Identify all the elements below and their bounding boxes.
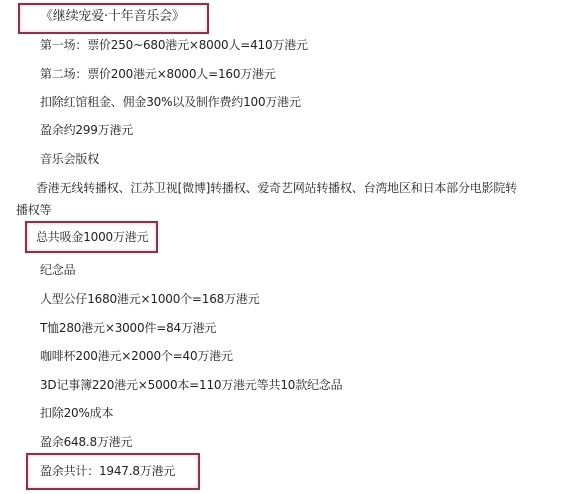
text-line: T恤280港元×3000件=84万港元	[40, 320, 216, 336]
document-title: 《继续宠爱·十年音乐会》	[40, 9, 185, 25]
text-line: 纪念品	[40, 262, 75, 278]
text-line: 音乐会版权	[40, 151, 99, 167]
text-line-grand-total: 盈余共计：1947.8万港元	[40, 463, 175, 479]
text-line-total-earnings: 总共吸金1000万港元	[36, 229, 148, 245]
text-line: 咖啡杯200港元×2000个=40万港元	[40, 348, 233, 364]
text-line: 香港无线转播权、江苏卫视[微博]转播权、爱奇艺网站转播权、台湾地区和日本部分电影…	[36, 180, 517, 196]
text-line: 第一场：票价250~680港元×8000人=410万港元	[40, 37, 308, 53]
text-line: 第二场：票价200港元×8000人=160万港元	[40, 66, 276, 82]
text-line: 盈余约299万港元	[40, 122, 133, 138]
text-line: 扣除20%成本	[40, 405, 113, 421]
text-line: 盈余648.8万港元	[40, 434, 132, 450]
text-line: 人型公仔1680港元×1000个=168万港元	[40, 291, 260, 307]
text-line: 播权等	[16, 202, 51, 218]
text-line: 扣除红馆租金、佣金30%以及制作费约100万港元	[40, 94, 301, 110]
text-line: 3D记事簿220港元×5000本=110万港元等共10款纪念品	[40, 377, 342, 393]
